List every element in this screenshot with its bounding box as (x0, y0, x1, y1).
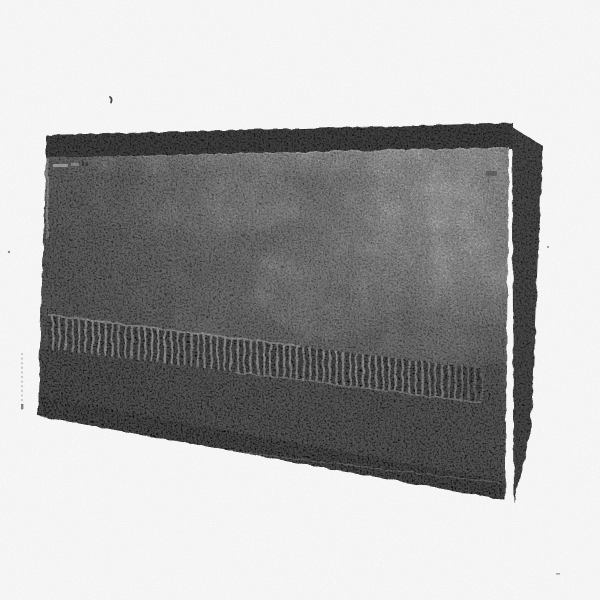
photo-canvas (0, 0, 600, 600)
appliance-photo (0, 0, 600, 600)
paper-flecks (0, 0, 600, 600)
